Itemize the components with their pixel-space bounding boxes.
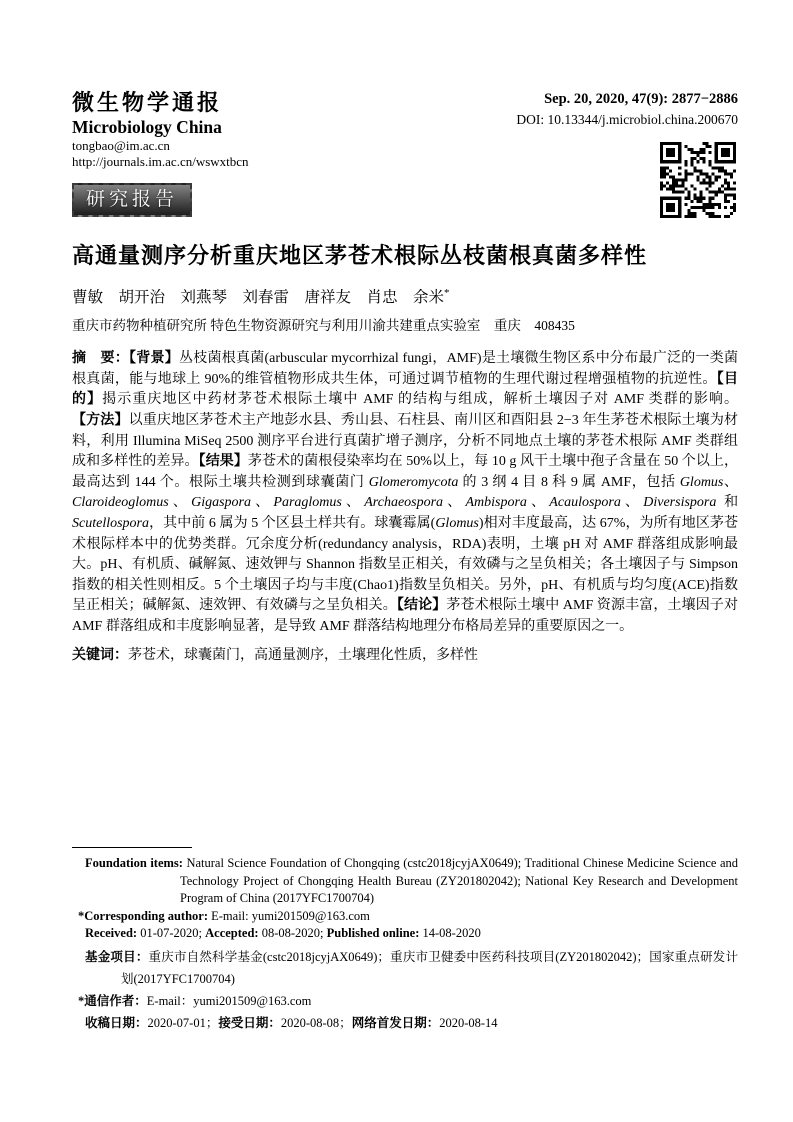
issue-info: Sep. 20, 2020, 47(9): 2877−2886	[516, 90, 738, 108]
report-type-badge: 研究报告	[72, 183, 192, 217]
footnote-line: Received: 01-07-2020; Accepted: 08-08-20…	[72, 925, 738, 942]
footnote-line: 收稿日期：2020-07-01；接受日期：2020-08-08；网络首发日期：2…	[72, 1012, 738, 1034]
qr-code	[658, 142, 738, 218]
journal-name-zh: 微生物学通报	[72, 90, 249, 116]
doi-line: DOI: 10.13344/j.microbiol.china.200670	[516, 111, 738, 128]
footnote-divider	[72, 847, 192, 848]
journal-email: tongbao@im.ac.cn	[72, 138, 249, 154]
keywords-line: 关键词：茅苍术，球囊菌门，高通量测序，土壤理化性质，多样性	[72, 646, 738, 665]
page: 微生物学通报 Microbiology China tongbao@im.ac.…	[0, 0, 793, 1034]
page-header: 微生物学通报 Microbiology China tongbao@im.ac.…	[72, 90, 738, 218]
abstract-paragraph: 摘 要：【背景】丛枝菌根真菌(arbuscular mycorrhizal fu…	[72, 349, 738, 637]
journal-url: http://journals.im.ac.cn/wswxtbcn	[72, 154, 249, 170]
footnote-line: Foundation items: Natural Science Founda…	[72, 855, 738, 907]
footnote-line: *Corresponding author: E-mail: yumi20150…	[72, 908, 738, 925]
footnote-line: *通信作者：E-mail：yumi201509@163.com	[72, 990, 738, 1012]
footnote-line: 基金项目：重庆市自然科学基金(cstc2018jcyjAX0649)；重庆市卫健…	[72, 946, 738, 990]
issue-block: Sep. 20, 2020, 47(9): 2877−2886 DOI: 10.…	[516, 90, 738, 218]
authors-line: 曹敏 胡开治 刘燕琴 刘春雷 唐祥友 肖忠 余米*	[72, 283, 738, 308]
footnotes-en: Foundation items: Natural Science Founda…	[72, 855, 738, 942]
journal-block: 微生物学通报 Microbiology China tongbao@im.ac.…	[72, 90, 249, 217]
article-title: 高通量测序分析重庆地区茅苍术根际丛枝菌根真菌多样性	[72, 242, 738, 270]
footnotes-zh: 基金项目：重庆市自然科学基金(cstc2018jcyjAX0649)；重庆市卫健…	[72, 946, 738, 1034]
journal-name-en: Microbiology China	[72, 116, 249, 138]
affiliation-line: 重庆市药物种植研究所 特色生物资源研究与利用川渝共建重点实验室 重庆 40843…	[72, 317, 738, 334]
